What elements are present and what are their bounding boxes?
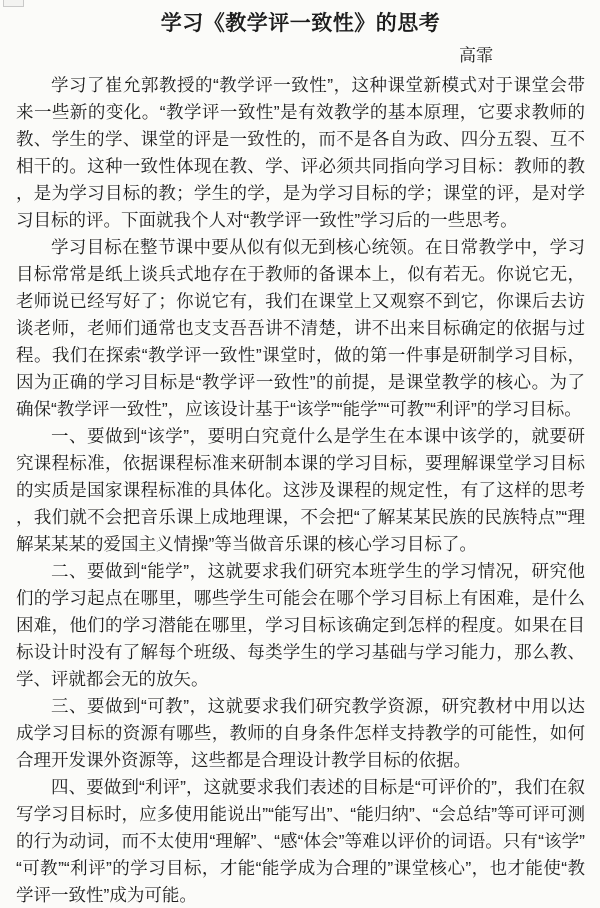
paragraph-learning-goals: 学习目标在整节课中要从似有似无到核心统领。在日常教学中，学习目标常常是纸上谈兵式… (16, 234, 585, 423)
document-page: 学习《教学评一致性》的思考 高霏 学习了崔允郭教授的“教学评一致性”，这种课堂新… (0, 0, 600, 908)
author-name: 高霏 (16, 44, 585, 67)
document-title: 学习《教学评一致性》的思考 (16, 10, 585, 38)
page-corner-artifact (3, 0, 24, 7)
paragraph-point-1: 一、要做到“该学”，要明白究竟什么是学生在本课中该学的，就要研究课程标准，依据课… (16, 423, 585, 558)
paragraph-point-4: 四、要做到“利评”，这就要求我们表述的目标是“可评价的”，我们在叙写学习目标时，… (16, 774, 585, 908)
paragraph-intro: 学习了崔允郭教授的“教学评一致性”，这种课堂新模式对于课堂会带来一些新的变化。“… (16, 72, 585, 234)
paragraph-point-2: 二、要做到“能学”，这就要求我们研究本班学生的学习情况，研究他们的学习起点在哪里… (16, 558, 585, 693)
paragraph-point-3: 三、要做到“可教”，这就要求我们研究教学资源，研究教材中用以达成学习目标的资源有… (16, 693, 585, 774)
